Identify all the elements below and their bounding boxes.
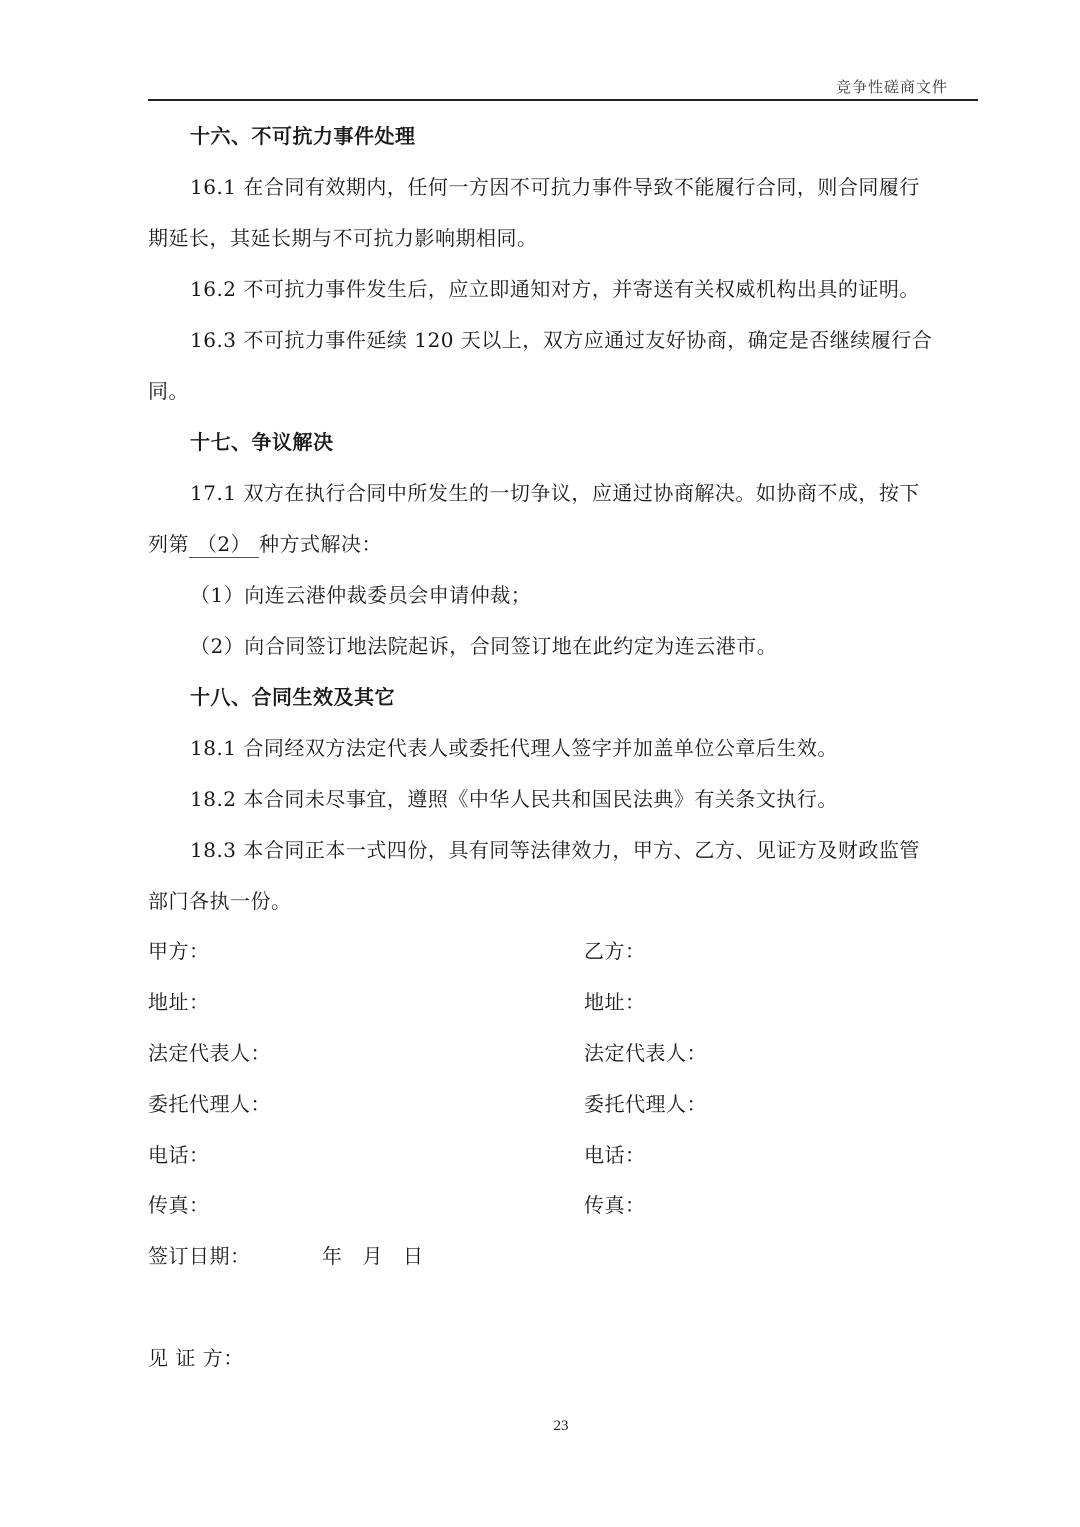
- clause-16-2: 16.2 不可抗力事件发生后，应立即通知对方，并寄送有关权威机构出具的证明。: [190, 276, 920, 302]
- party-b-phone-label: 电话：: [584, 1142, 646, 1168]
- party-a-fax-label: 传真：: [148, 1192, 210, 1218]
- witness-label: 见 证 方：: [148, 1345, 244, 1371]
- party-a-agent-label: 委托代理人：: [148, 1091, 271, 1117]
- clause-18-3-line1: 18.3 本合同正本一式四份，具有同等法律效力，甲方、乙方、见证方及财政监管: [190, 837, 920, 863]
- party-b-legal-rep-label: 法定代表人：: [584, 1040, 707, 1066]
- section-heading-18: 十八、合同生效及其它: [190, 684, 395, 710]
- clause-16-1-line1: 16.1 在合同有效期内，任何一方因不可抗力事件导致不能履行合同，则合同履行: [190, 174, 920, 200]
- section-heading-16: 十六、不可抗力事件处理: [190, 123, 416, 149]
- party-b-fax-label: 传真：: [584, 1192, 646, 1218]
- header-divider: [148, 99, 978, 101]
- party-b-agent-label: 委托代理人：: [584, 1091, 707, 1117]
- signing-date-parts: 年月日: [322, 1243, 444, 1269]
- section-heading-17: 十七、争议解决: [190, 429, 334, 455]
- clause-17-1-suffix: 种方式解决：: [259, 532, 382, 556]
- party-a-label: 甲方：: [148, 938, 210, 964]
- party-b-address-label: 地址：: [584, 989, 646, 1015]
- clause-17-1-line1: 17.1 双方在执行合同中所发生的一切争议，应通过协商解决。如协商不成，按下: [190, 480, 920, 506]
- clause-16-3-line1: 16.3 不可抗力事件延续 120 天以上，双方应通过友好协商，确定是否继续履行…: [190, 327, 932, 353]
- date-month: 月: [363, 1243, 384, 1269]
- clause-18-1: 18.1 合同经双方法定代表人或委托代理人签字并加盖单位公章后生效。: [190, 735, 838, 761]
- party-b-label: 乙方：: [584, 938, 646, 964]
- clause-18-2: 18.2 本合同未尽事宜，遵照《中华人民共和国民法典》有关条文执行。: [190, 786, 838, 812]
- date-day: 日: [403, 1243, 424, 1269]
- dispute-method-blank: （2）: [189, 531, 259, 558]
- clause-17-1-line2: 列第（2）种方式解决：: [148, 531, 382, 558]
- party-a-address-label: 地址：: [148, 989, 210, 1015]
- clause-17-1-prefix: 列第: [148, 532, 189, 556]
- signing-date-label: 签订日期：: [148, 1243, 251, 1269]
- date-year: 年: [322, 1243, 343, 1269]
- dispute-option-1: （1）向连云港仲裁委员会申请仲裁；: [190, 582, 531, 608]
- page-header-title: 竞争性磋商文件: [836, 76, 948, 97]
- dispute-option-2: （2）向合同签订地法院起诉，合同签订地在此约定为连云港市。: [190, 633, 777, 659]
- party-a-legal-rep-label: 法定代表人：: [148, 1040, 271, 1066]
- page-number: 23: [0, 1418, 1080, 1435]
- clause-16-3-line2: 同。: [148, 378, 189, 404]
- clause-16-1-line2: 期延长，其延长期与不可抗力影响期相同。: [148, 225, 538, 251]
- party-a-phone-label: 电话：: [148, 1142, 210, 1168]
- clause-18-3-line2: 部门各执一份。: [148, 888, 292, 914]
